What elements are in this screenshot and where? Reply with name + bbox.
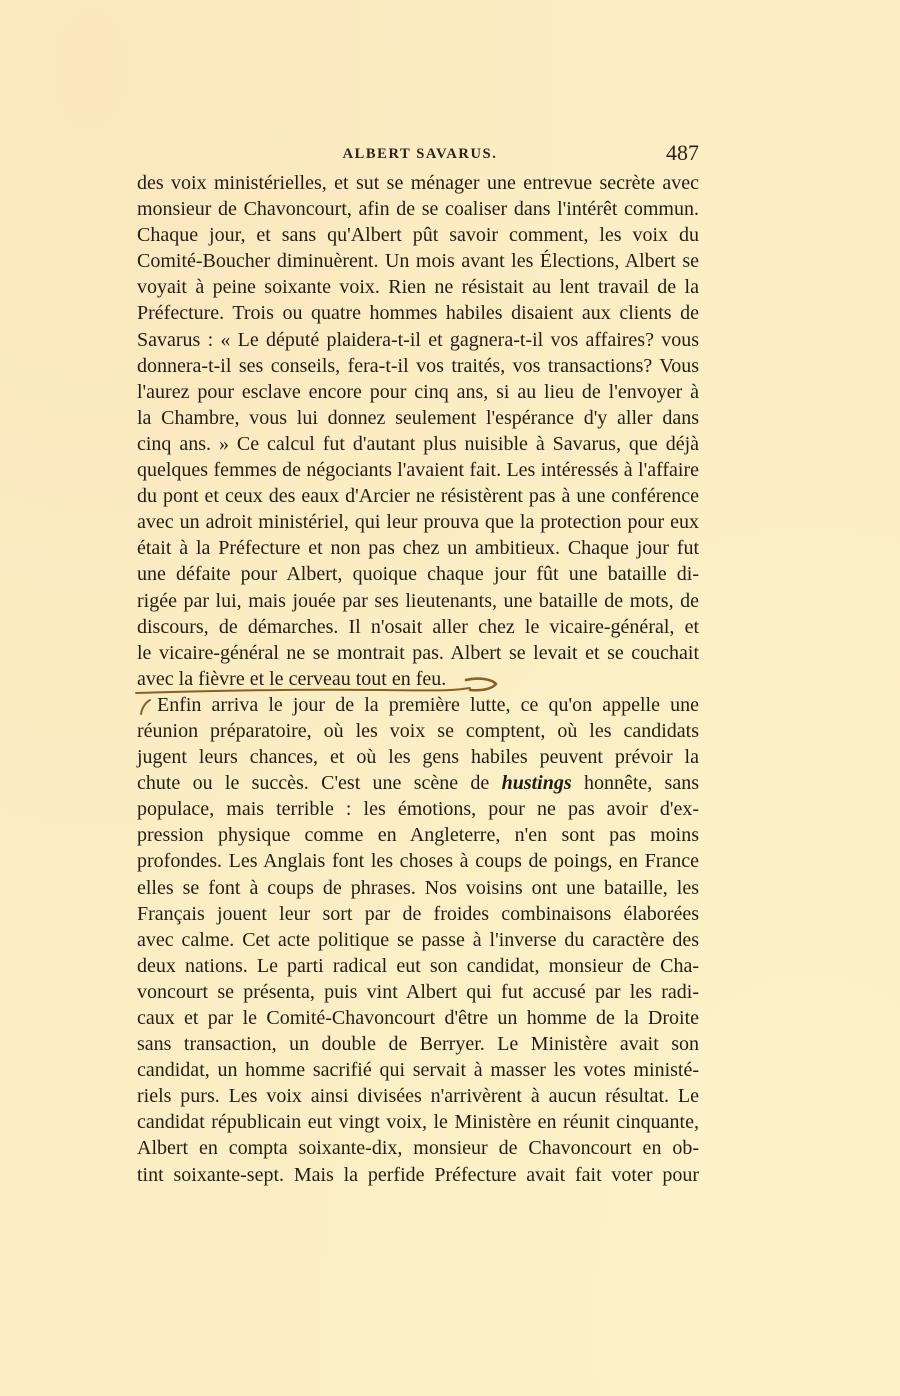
text-line: donnera-t-il ses conseils, fera-t-il vos… [137, 353, 699, 379]
page-number: 487 [666, 140, 699, 166]
text-line: tint soixante-sept. Mais la perfide Préf… [137, 1162, 699, 1188]
text-line: avec un adroit ministériel, qui leur pro… [137, 509, 699, 535]
text-line: du pont et ceux des eaux d'Arcier ne rés… [137, 483, 699, 509]
text-line: Français jouent leur sort par de froides… [137, 901, 699, 927]
text-line: jugent leurs chances, et où les gens hab… [137, 744, 699, 770]
text-line: quelques femmes de négociants l'avaient … [137, 457, 699, 483]
text-line: réunion préparatoire, où les voix se com… [137, 718, 699, 744]
text-line: Chaque jour, et sans qu'Albert pût savoi… [137, 222, 699, 248]
text-line: monsieur de Chavoncourt, afin de se coal… [137, 196, 699, 222]
text-line: profondes. Les Anglais font les choses à… [137, 848, 699, 874]
text-line: l'aurez pour esclave encore pour cinq an… [137, 379, 699, 405]
text-segment: chute ou le succès. C'est une scène de [137, 772, 502, 794]
running-title: ALBERT SAVARUS. [137, 146, 699, 163]
text-line: la Chambre, vous lui donnez seulement l'… [137, 405, 699, 431]
text-line: sans transaction, un double de Berryer. … [137, 1031, 699, 1057]
text-line: Préfecture. Trois ou quatre hommes habil… [137, 300, 699, 326]
text-line: une défaite pour Albert, quoique chaque … [137, 561, 699, 587]
text-line: caux et par le Comité-Chavoncourt d'être… [137, 1005, 699, 1031]
text-line: rigée par lui, mais jouée par ses lieute… [137, 588, 699, 614]
text-line: avec calme. Cet acte politique se passe … [137, 927, 699, 953]
text-line: deux nations. Le parti radical eut son c… [137, 953, 699, 979]
text-line: des voix ministérielles, et sut se ménag… [137, 170, 699, 196]
text-line: le vicaire-général ne se montrait pas. A… [137, 640, 699, 666]
text-line: Albert en compta soixante-dix, monsieur … [137, 1135, 699, 1161]
book-page: ALBERT SAVARUS. 487 des voix ministériel… [0, 0, 900, 1396]
italic-word-hustings: hustings [502, 772, 572, 794]
text-line: elles se font à coups de phrases. Nos vo… [137, 875, 699, 901]
running-head: ALBERT SAVARUS. 487 [137, 142, 699, 166]
text-line-paragraph-end: avec la fièvre et le cerveau tout en feu… [137, 666, 699, 692]
text-line: cinq ans. » Ce calcul fut d'autant plus … [137, 431, 699, 457]
text-line: candidat, un homme sacrifié qui servait … [137, 1057, 699, 1083]
text-line: candidat républicain eut vingt voix, le … [137, 1109, 699, 1135]
body-text: des voix ministérielles, et sut se ménag… [137, 170, 699, 1188]
text-segment: honnête, sans [572, 772, 699, 794]
text-line: voncourt se présenta, puis vint Albert q… [137, 979, 699, 1005]
text-line: discours, de démarches. Il n'osait aller… [137, 614, 699, 640]
text-line: riels purs. Les voix ainsi divisées n'ar… [137, 1083, 699, 1109]
text-line: était à la Préfecture et non pas chez un… [137, 535, 699, 561]
text-line-paragraph-start: Enfin arriva le jour de la première lutt… [137, 692, 699, 718]
text-line: voyait à peine soixante voix. Rien ne ré… [137, 274, 699, 300]
text-line: pression physique comme en Angleterre, n… [137, 822, 699, 848]
text-line: Savarus : « Le député plaidera-t-il et g… [137, 327, 699, 353]
text-line: Comité-Boucher diminuèrent. Un mois avan… [137, 248, 699, 274]
text-line-with-italic: chute ou le succès. C'est une scène de h… [137, 770, 699, 796]
text-line: populace, mais terrible : les émotions, … [137, 796, 699, 822]
